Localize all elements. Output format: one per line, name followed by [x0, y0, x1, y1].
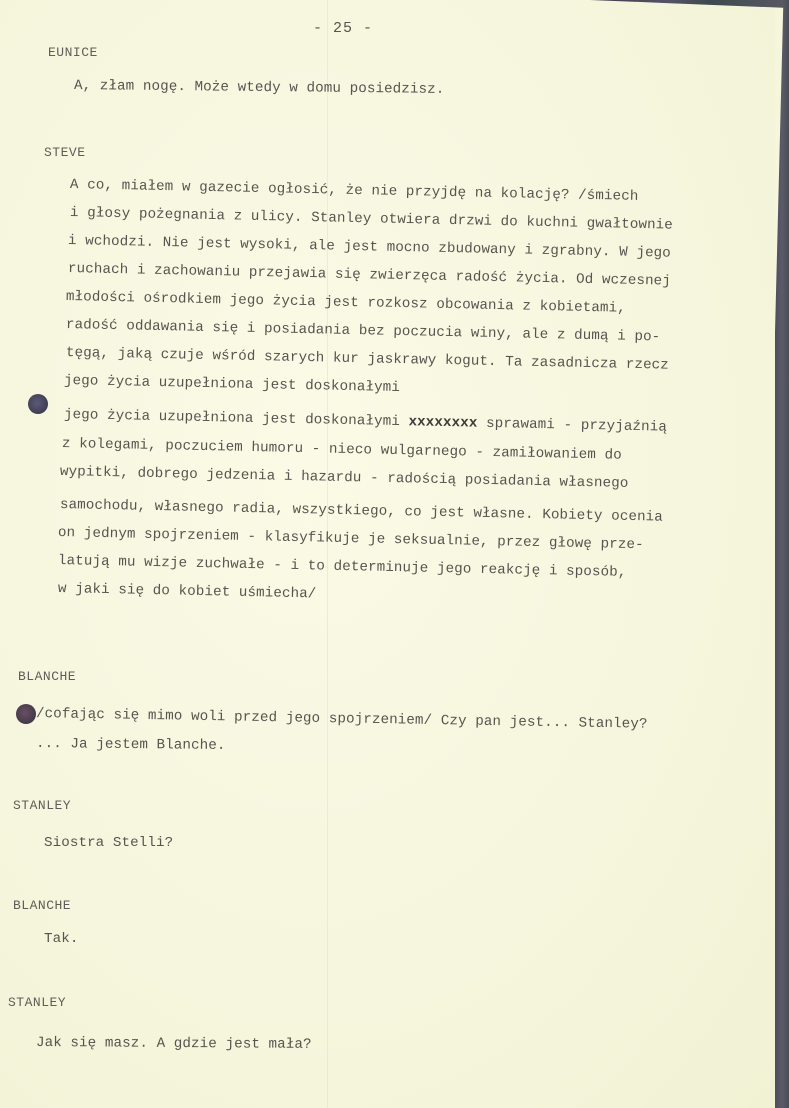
- struck-out-text: xxxxxxxx: [408, 414, 477, 431]
- dialogue-line: wypitki, dobrego jedzenia i hazardu - ra…: [60, 464, 629, 492]
- dialogue-line-with-strikeout: jego życia uzupełniona jest doskonałymi …: [64, 407, 667, 436]
- dialogue-line: Tak.: [44, 931, 78, 947]
- dialogue-line: i głosy pożegnania z ulicy. Stanley otwi…: [70, 205, 673, 234]
- dialogue-line: latują mu wizje zuchwałe - i to determin…: [58, 553, 627, 581]
- typewritten-page: - 25 - EUNICE A, złam nogę. Może wtedy w…: [0, 0, 775, 1108]
- dialogue-line: jego życia uzupełniona jest doskonałymi: [64, 373, 400, 396]
- dialogue-line: A co, miałem w gazecie ogłosić, że nie p…: [70, 177, 639, 205]
- dialogue-line: A, złam nogę. Może wtedy w domu posiedzi…: [74, 78, 445, 98]
- speaker-blanche: BLANCHE: [13, 898, 71, 913]
- dialogue-line: z kolegami, poczuciem humoru - nieco wul…: [62, 436, 622, 464]
- dialogue-text: jego życia uzupełniona jest doskonałymi: [64, 407, 400, 430]
- dialogue-line: /cofając się mimo woli przed jego spojrz…: [36, 706, 648, 733]
- dialogue-text: sprawami - przyjaźnią: [486, 416, 667, 436]
- dialogue-line: i wchodzi. Nie jest wysoki, ale jest moc…: [68, 233, 671, 262]
- dialogue-line: samochodu, własnego radia, wszystkiego, …: [60, 497, 663, 526]
- dialogue-line: w jaki się do kobiet uśmiecha/: [58, 581, 317, 602]
- paper-fold-line: [327, 0, 328, 1108]
- scan-background-right: [775, 0, 789, 1108]
- speaker-stanley: STANLEY: [13, 798, 71, 813]
- punch-hole: [28, 394, 48, 414]
- punch-hole: [16, 704, 36, 724]
- dialogue-line: on jednym spojrzeniem - klasyfikuje je s…: [58, 525, 644, 553]
- dialogue-line: ... Ja jestem Blanche.: [36, 736, 226, 754]
- dialogue-line: młodości ośrodkiem jego życia jest rozko…: [66, 289, 626, 317]
- dialogue-line: ruchach i zachowaniu przejawia się zwier…: [68, 261, 671, 290]
- page-number: - 25 -: [313, 20, 373, 37]
- dialogue-line: tęgą, jaką czuje wśród szarych kur jaskr…: [66, 345, 669, 374]
- dialogue-line: Jak się masz. A gdzie jest mała?: [36, 1035, 312, 1053]
- dialogue-line: Siostra Stelli?: [44, 835, 173, 851]
- speaker-stanley: STANLEY: [8, 995, 66, 1010]
- speaker-blanche: BLANCHE: [18, 669, 76, 684]
- speaker-steve: STEVE: [44, 145, 86, 160]
- speaker-eunice: EUNICE: [48, 45, 98, 60]
- dialogue-line: radość oddawania się i posiadania bez po…: [66, 317, 661, 345]
